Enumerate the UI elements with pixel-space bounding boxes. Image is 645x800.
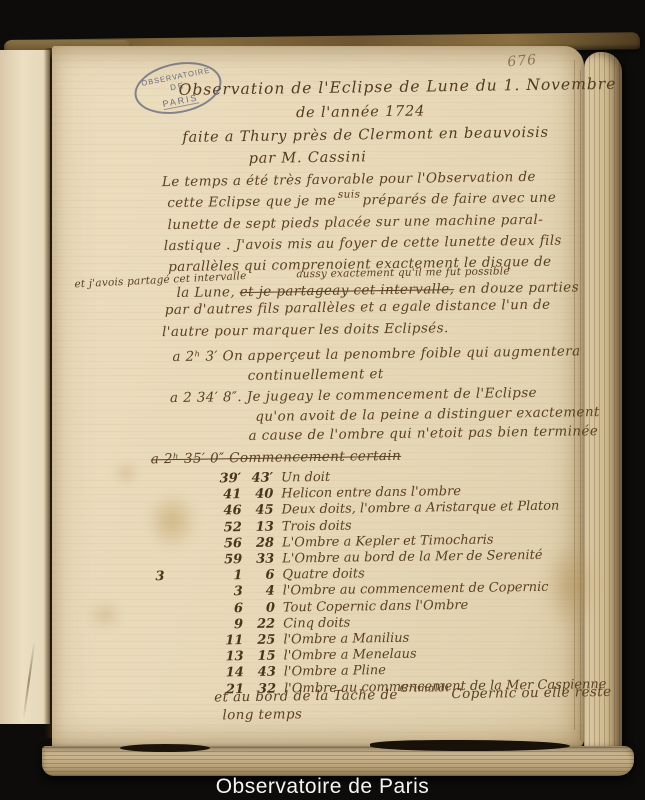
body-text: cette Eclipse que je me — [167, 193, 336, 211]
obs-second: 13 — [250, 519, 274, 534]
observation-line: continuellement et — [248, 366, 384, 384]
obs-description: Helicon entre dans l'ombre — [281, 484, 461, 502]
obs-minute: 9 — [203, 617, 243, 633]
obs-second: 28 — [250, 535, 274, 550]
struck-text: et je partageay cet intervalle, — [240, 281, 455, 300]
obs-second: 25 — [251, 633, 275, 648]
obs-second: 22 — [251, 616, 275, 631]
obs-minute: 6 — [203, 601, 243, 617]
obs-second: 33 — [250, 552, 274, 567]
obs-minute: 41 — [201, 487, 241, 503]
obs-minute: 11 — [203, 633, 243, 649]
body-line: l'autre pour marquer les doits Eclipsés. — [162, 320, 449, 340]
page-number: 676 — [507, 52, 538, 70]
body-line: lastique . J'avois mis au foyer de cette… — [164, 233, 562, 255]
title-line-2: de l'année 1724 — [296, 103, 425, 121]
obs-minute: 14 — [204, 665, 244, 681]
observation-line: a 2ʰ 3′ On apperçeut la penombre foible … — [172, 343, 580, 365]
body-text: et au bord de la Tache de — [214, 687, 398, 706]
obs-second: 15 — [252, 649, 276, 664]
title-line-3: faite a Thury près de Clermont en beauvo… — [182, 125, 549, 146]
obs-second: 6 — [250, 568, 274, 583]
facing-blank-page — [0, 50, 50, 724]
obs-second: 4 — [251, 584, 275, 599]
obs-minute: 46 — [201, 503, 241, 519]
body-text: préparés de faire avec une — [362, 190, 556, 209]
observation-line: a cause de l'ombre qui n'etoit pas bien … — [248, 423, 598, 444]
obs-description: L'Ombre a Kepler et Timocharis — [282, 532, 494, 550]
body-text: la Lune, — [176, 284, 235, 301]
obs-minute: 1 — [202, 568, 242, 584]
obs-second: 43 — [252, 665, 276, 680]
obs-second: 45 — [249, 503, 273, 518]
body-line: cette Eclipse que je mesuispréparés de f… — [167, 190, 556, 211]
obs-description: l'Ombre a Manilius — [283, 631, 409, 648]
body-text: en douze parties — [459, 279, 579, 297]
obs-second: 43′ — [249, 471, 273, 486]
obs-description: Un doit — [281, 470, 330, 486]
handwriting-layer: 676 Observation de l'Eclipse de Lune du … — [47, 42, 589, 751]
obs-description: Cinq doits — [283, 615, 350, 631]
obs-description: l'Ombre a Pline — [284, 663, 386, 679]
obs-hour: 3 — [146, 569, 164, 584]
obs-minute: 56 — [202, 536, 242, 552]
body-text: Copernic ou elle reste — [451, 684, 611, 702]
obs-minute: 59 — [202, 552, 242, 568]
body-line: Le temps a été très favorable pour l'Obs… — [162, 169, 536, 190]
interline-insertion: aussy exactement qu'il me fut possible — [296, 265, 510, 280]
observation-line: a 2 34′ 8″. Je jugeay le commencement de… — [170, 385, 537, 406]
obs-description: Tout Copernic dans l'Ombre — [283, 598, 469, 616]
strikethrough-line: a 2ʰ 35′ 0″ Commencement certain — [151, 448, 402, 467]
obs-second: 0 — [251, 600, 275, 615]
obs-description: Quatre doits — [282, 567, 364, 583]
obs-description: Trois doits — [282, 518, 352, 534]
obs-description: l'Ombre a Menelaus — [284, 647, 417, 664]
interline-insertion: Grimaldi — [400, 682, 450, 695]
title-line-4: par M. Cassini — [249, 149, 367, 167]
table-continuation-line: long temps — [222, 706, 302, 723]
title-line-1: Observation de l'Eclipse de Lune du 1. N… — [179, 75, 617, 99]
interline-insertion: suis — [338, 188, 361, 200]
body-line: lunette de sept pieds placée sur une mac… — [167, 212, 543, 233]
obs-second: 40 — [249, 487, 273, 502]
obs-minute: 3 — [203, 584, 243, 600]
obs-minute: 13 — [204, 649, 244, 665]
photo-caption: Observatoire de Paris — [0, 775, 645, 799]
obs-minute: 39′ — [201, 471, 241, 487]
obs-minute: 52 — [202, 520, 242, 536]
manuscript-photo: 676 Observation de l'Eclipse de Lune du … — [0, 0, 645, 800]
stamp-line-3: PARIS — [162, 92, 200, 110]
observation-line: qu'on avoit de la peine a distinguer exa… — [255, 404, 600, 425]
